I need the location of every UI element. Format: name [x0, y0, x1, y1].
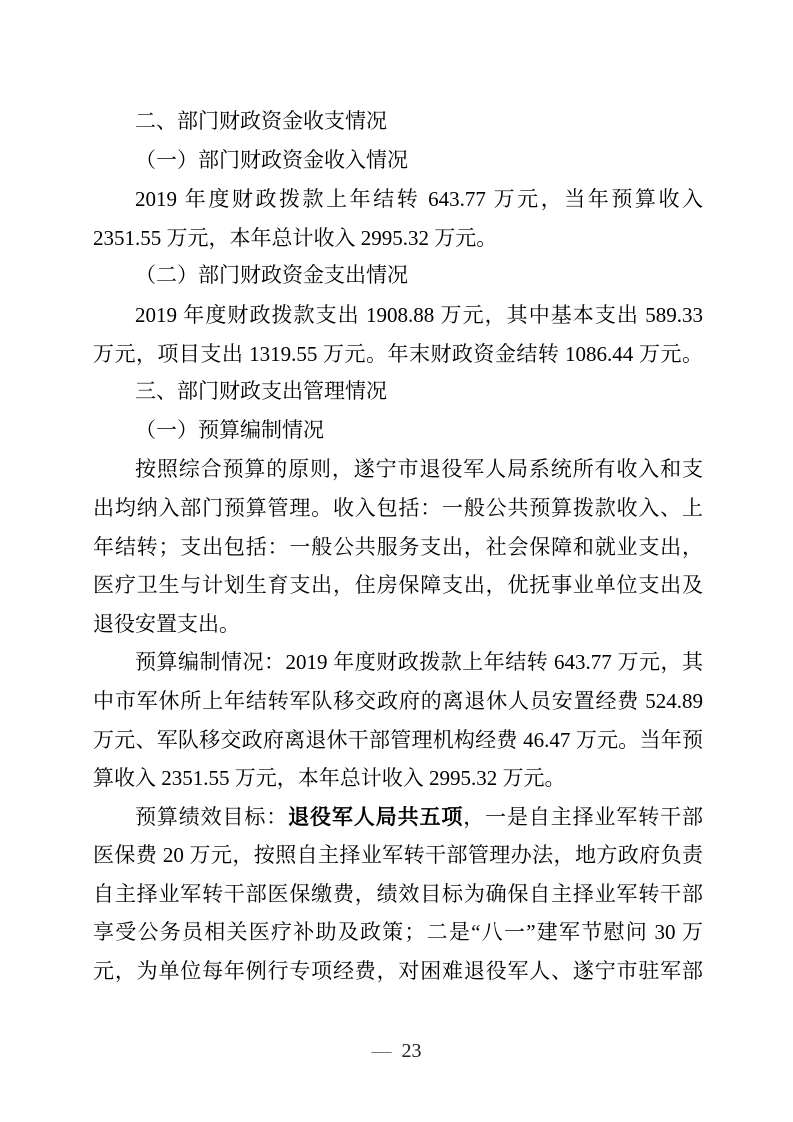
- footer-dash: —: [372, 1040, 392, 1062]
- performance-goal-label: 预算绩效目标：: [135, 805, 288, 829]
- paragraph-performance-goal-line-4: 享受公务员相关医疗补助及政策；二是“八一”建军节慰问 30 万: [93, 913, 703, 952]
- heading-sub-income: （一）部门财政资金收入情况: [93, 142, 703, 181]
- performance-goal-rest: ，一是自主择业军转干部: [463, 805, 703, 829]
- performance-goal-bold-text: 退役军人局共五项: [288, 805, 463, 829]
- heading-section-3: 三、部门财政支出管理情况: [93, 373, 703, 412]
- paragraph-performance-goal-line-3: 自主择业军转干部医保缴费，绩效目标为确保自主择业军转干部: [93, 875, 703, 914]
- paragraph-performance-goal-line-1: 预算绩效目标：退役军人局共五项，一是自主择业军转干部: [93, 798, 703, 837]
- paragraph-budget-prep-detail-line-4: 算收入 2351.55 万元，本年总计收入 2995.32 万元。: [93, 759, 703, 798]
- paragraph-budget-principle-line-5: 退役安置支出。: [93, 605, 703, 644]
- paragraph-budget-prep-detail-line-2: 中市军休所上年结转军队移交政府的离退休人员安置经费 524.89: [93, 682, 703, 721]
- paragraph-budget-principle-line-1: 按照综合预算的原则，遂宁市退役军人局系统所有收入和支: [93, 450, 703, 489]
- paragraph-income-line-1: 2019 年度财政拨款上年结转 643.77 万元，当年预算收入: [93, 180, 703, 219]
- document-body: 二、部门财政资金收支情况 （一）部门财政资金收入情况 2019 年度财政拨款上年…: [93, 103, 703, 991]
- paragraph-expenditure-line-2: 万元，项目支出 1319.55 万元。年末财政资金结转 1086.44 万元。: [93, 335, 703, 374]
- paragraph-expenditure-line-1: 2019 年度财政拨款支出 1908.88 万元，其中基本支出 589.33: [93, 296, 703, 335]
- heading-section-2: 二、部门财政资金收支情况: [93, 103, 703, 142]
- paragraph-budget-prep-detail-line-1: 预算编制情况：2019 年度财政拨款上年结转 643.77 万元，其: [93, 643, 703, 682]
- paragraph-income-line-2: 2351.55 万元，本年总计收入 2995.32 万元。: [93, 219, 703, 258]
- page-footer: —23: [0, 1036, 793, 1066]
- heading-sub-budget-preparation: （一）预算编制情况: [93, 412, 703, 451]
- heading-sub-expenditure: （二）部门财政资金支出情况: [93, 257, 703, 296]
- paragraph-budget-principle-line-4: 医疗卫生与计划生育支出，住房保障支出，优抚事业单位支出及: [93, 566, 703, 605]
- paragraph-budget-prep-detail-line-3: 万元、军队移交政府离退休干部管理机构经费 46.47 万元。当年预: [93, 721, 703, 760]
- page-number: 23: [402, 1040, 422, 1062]
- document-page: 二、部门财政资金收支情况 （一）部门财政资金收入情况 2019 年度财政拨款上年…: [0, 0, 793, 1122]
- paragraph-performance-goal-line-5: 元，为单位每年例行专项经费，对困难退役军人、遂宁市驻军部: [93, 952, 703, 991]
- paragraph-budget-principle-line-3: 年结转；支出包括：一般公共服务支出，社会保障和就业支出，: [93, 528, 703, 567]
- paragraph-budget-principle-line-2: 出均纳入部门预算管理。收入包括：一般公共预算拨款收入、上: [93, 489, 703, 528]
- paragraph-performance-goal-line-2: 医保费 20 万元，按照自主择业军转干部管理办法，地方政府负责: [93, 836, 703, 875]
